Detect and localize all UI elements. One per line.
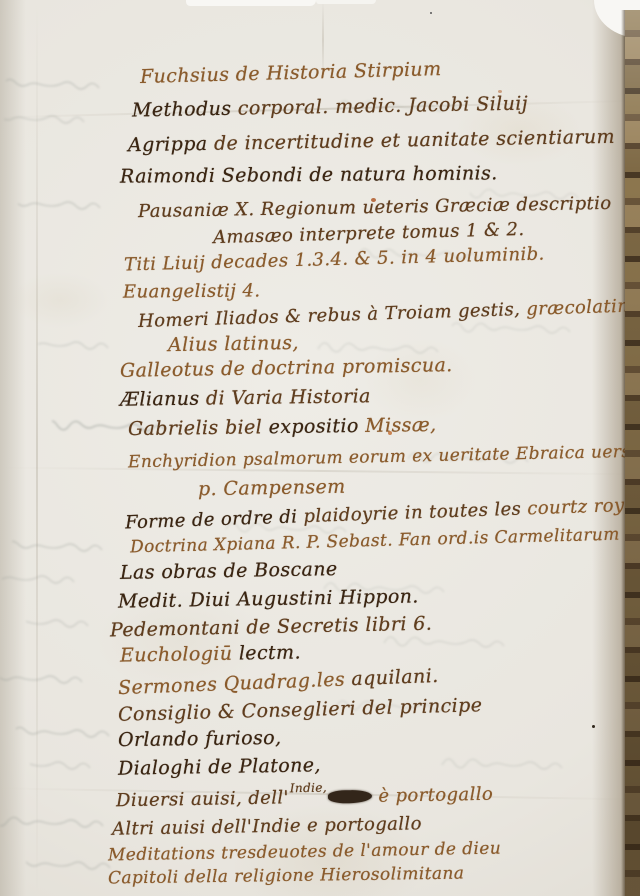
deckle-edge-nick bbox=[316, 0, 376, 4]
manuscript-line: p. Campensem bbox=[198, 476, 346, 501]
manuscript-line: Euchologiū lectm. bbox=[120, 641, 301, 666]
manuscript-line: Capitoli della religione Hierosolimitana bbox=[108, 864, 465, 889]
manuscript-line: Pedemontani de Secretis libri 6. bbox=[110, 613, 433, 642]
book-edge bbox=[625, 10, 640, 896]
deckle-edge-nick bbox=[186, 0, 316, 6]
manuscript-line: Raimondi Sebondi de natura hominis. bbox=[120, 162, 498, 187]
manuscript-line: Enchyridion psalmorum eorum ex ueritate … bbox=[128, 442, 640, 473]
manuscript-text-block: Fuchsius de Historia StirpiumMethodus co… bbox=[0, 0, 640, 896]
manuscript-line: Consiglio & Conseglieri del principe bbox=[118, 694, 483, 726]
manuscript-line: Titi Liuij decades 1.3.4. & 5. in 4 uolu… bbox=[124, 243, 545, 275]
manuscript-line: Pausaniæ X. Regionum ueteris Græciæ desc… bbox=[138, 193, 612, 222]
manuscript-line: Fuchsius de Historia Stirpium bbox=[140, 58, 442, 88]
manuscript-line: Euangelistij 4. bbox=[123, 280, 261, 302]
manuscript-line: Alius latinus, bbox=[168, 332, 299, 356]
manuscript-line: Orlando furioso, bbox=[118, 727, 282, 751]
manuscript-line: Gabrielis biel expositio Missæ, bbox=[128, 414, 437, 440]
manuscript-line: Agrippa de incertitudine et uanitate sci… bbox=[128, 126, 615, 156]
manuscript-line: Meditations tresdeuotes de l'amour de di… bbox=[108, 839, 501, 866]
manuscript-line: Las obras de Boscane bbox=[120, 558, 338, 584]
manuscript-scan: Fuchsius de Historia StirpiumMethodus co… bbox=[0, 0, 640, 896]
manuscript-line: Amasæo interprete tomus 1 & 2. bbox=[213, 219, 525, 248]
manuscript-line: Sermones Quadrag.les aquilani. bbox=[118, 665, 439, 699]
ink-blot-correction bbox=[328, 790, 372, 804]
manuscript-line: Ælianus di Varia Historia bbox=[120, 385, 371, 411]
manuscript-line: Medit. Diui Augustini Hippon. bbox=[118, 585, 419, 612]
manuscript-line: Dialoghi de Platone, bbox=[118, 754, 321, 780]
manuscript-line: Altri auisi dell'Indie e portogallo bbox=[112, 813, 422, 839]
manuscript-line: Methodus corporal. medic. Jacobi Siluij bbox=[132, 93, 528, 122]
manuscript-line: Galleotus de doctrina promiscua. bbox=[120, 354, 453, 382]
manuscript-line: Diuersi auisi, dell'Indie, è portogallo bbox=[116, 784, 493, 812]
